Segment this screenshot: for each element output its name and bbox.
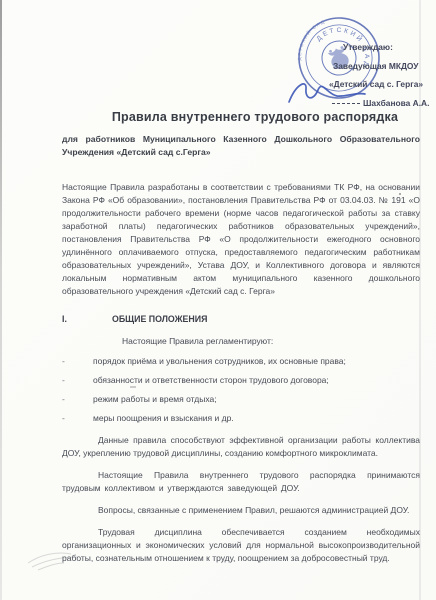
document-page: ДЕТСКИЙ САД ДЕТСКИЙ САД Утверждаю: Завед… (0, 0, 436, 600)
scan-speck (399, 193, 401, 195)
regulate-lead: Настоящие Правила регламентируют: (62, 336, 420, 346)
list-item-text: обязанности и ответственности сторон тру… (93, 374, 329, 387)
intro-paragraph: Настоящие Правила разработаны в соответс… (62, 181, 420, 298)
signature (286, 78, 368, 110)
list-item-text: порядок приёма и увольнения сотрудников,… (93, 355, 346, 368)
approval-line-2: Заведующая МКДОУ (333, 59, 435, 73)
list-marker: - (62, 374, 93, 387)
scan-edge-line (0, 0, 2, 600)
approver-name: Шахбанова А.А. (363, 98, 429, 108)
regulations-list: - порядок приёма и увольнения сотруднико… (62, 355, 420, 425)
body-paragraph: Трудовая дисциплина обеспечивается созда… (62, 526, 420, 565)
section-title: ОБЩИЕ ПОЛОЖЕНИЯ (112, 314, 207, 324)
list-marker: - (62, 355, 93, 368)
body-paragraph: Вопросы, связанные с применением Правил,… (62, 504, 420, 517)
body-paragraph: Настоящие Правила внутреннего трудового … (62, 469, 420, 495)
list-marker: - (62, 412, 93, 425)
section-number: I. (62, 314, 112, 324)
pencil-smudge (26, 546, 88, 574)
scan-speck (130, 386, 136, 388)
document-subtitle: для работников Муниципального Казенного … (62, 133, 420, 159)
list-marker: - (62, 393, 93, 406)
list-item: - меры поощрения и взыскания и др. (62, 412, 420, 425)
list-item: - обязанности и ответственности сторон т… (62, 374, 420, 387)
list-item-text: режим работы и время отдыха; (93, 393, 217, 406)
approval-line-1: Утверждаю: (343, 40, 435, 54)
body-paragraph: Данные правила способствуют эффективной … (62, 434, 420, 460)
list-item-text: меры поощрения и взыскания и др. (93, 412, 234, 425)
section-1-heading: I. ОБЩИЕ ПОЛОЖЕНИЯ (62, 314, 420, 324)
list-item: - порядок приёма и увольнения сотруднико… (62, 355, 420, 368)
list-item: - режим работы и время отдыха; (62, 393, 420, 406)
